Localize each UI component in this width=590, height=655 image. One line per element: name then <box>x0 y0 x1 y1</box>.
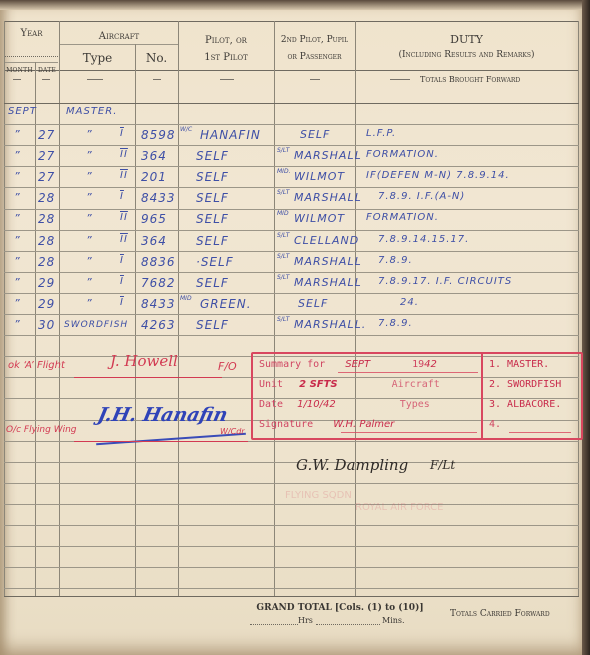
row-rule <box>4 314 579 315</box>
entry-mark: I <box>120 128 124 139</box>
officer-rank: F/Lt <box>430 458 455 472</box>
entry-aircraft-no: 8433 <box>141 297 176 311</box>
entry-pilot: SELF <box>196 191 229 205</box>
entry-mark: II <box>120 234 128 245</box>
entry-date: 28 <box>38 255 55 269</box>
row-rule <box>4 462 579 463</box>
entry-date: 27 <box>38 149 55 163</box>
entry-second-pilot: MARSHALL <box>294 191 362 204</box>
stamp-type-4-text: 4. <box>489 419 501 430</box>
entry-mark: II <box>120 212 128 223</box>
entry-month: ” <box>14 149 21 162</box>
col-divider-pilot <box>274 21 275 596</box>
entry-type: ” <box>86 170 93 183</box>
stamp-year-prefix: 19 <box>412 359 424 370</box>
monthly-summary-stamp: Summary for SEPT 1942 Unit 2 SFTS Aircra… <box>251 352 583 440</box>
stamp-date-row: Date 1/10/42 Types <box>259 399 430 410</box>
wing-signature-underline <box>74 441 248 442</box>
header-pilot-line2: 1st Pilot <box>178 51 274 64</box>
entry-pilot: SELF <box>196 276 229 290</box>
entry-pilot: SELF <box>196 318 229 332</box>
stamp-signature-underline <box>341 432 477 433</box>
row-rule <box>4 483 579 484</box>
entry-duty: 7.8.9.14.15.17. <box>378 234 469 245</box>
stamp-summary-month: SEPT <box>345 359 370 370</box>
wing-commander-signature: J.H. Hanafin <box>96 404 230 426</box>
table-top-rule <box>4 21 579 22</box>
stamp-type-2: 2. SWORDFISH <box>489 379 561 390</box>
entry-second-rank: MID. <box>277 168 290 175</box>
entry-mark: I <box>120 255 124 266</box>
entry-type: ” <box>86 149 93 162</box>
entry-pilot: HANAFIN <box>200 128 261 142</box>
entry-mark: I <box>120 276 124 287</box>
entry-aircraft-no: 4263 <box>141 318 176 332</box>
entry-aircraft-no: 7682 <box>141 276 176 290</box>
col-divider-date <box>59 21 60 596</box>
header-bottom-rule <box>4 70 579 71</box>
stamp-summary-underline <box>338 372 478 373</box>
entry-pilot: GREEN. <box>200 297 252 311</box>
entry-mark: I <box>120 191 124 202</box>
entry-second-rank: S/LT <box>277 232 289 239</box>
entry-pilot: SELF <box>196 149 229 163</box>
row-rule <box>4 567 579 568</box>
entry-duty: IF(DEFEN M-N) 7.8.9.14. <box>366 170 510 181</box>
row-rule <box>4 335 579 336</box>
header-type: Type <box>60 52 135 65</box>
dash-month <box>13 79 21 80</box>
entry-second-pilot: SELF <box>300 128 330 141</box>
header-pilot: Pilot, or <box>178 34 274 47</box>
header-aircraft: Aircraft <box>60 30 178 43</box>
entry-aircraft-no: 201 <box>141 170 167 184</box>
stamp-aircraft-label: Aircraft <box>392 379 440 390</box>
entry-date: 28 <box>38 212 55 226</box>
dash-type <box>87 79 103 80</box>
entry-second-rank: S/LT <box>277 147 289 154</box>
entry-pilot-rank: W/C <box>180 126 192 133</box>
entry-pilot-rank: MID <box>180 295 192 302</box>
entry-date: 29 <box>38 276 55 290</box>
stamp-divider <box>481 354 483 438</box>
entry-aircraft-no: 8836 <box>141 255 176 269</box>
entry-second-rank: S/LT <box>277 274 289 281</box>
row-rule <box>4 272 579 273</box>
dash-pilot <box>220 79 234 80</box>
stamp-type-4: 4. <box>489 419 501 430</box>
grand-total-label: GRAND TOTAL [Cols. (1) to (10)] <box>240 603 440 613</box>
entry-type: ” <box>86 128 93 141</box>
wing-commander-rank: W/Cdr <box>220 427 245 436</box>
entry-second-pilot: WILMOT <box>294 170 345 183</box>
col-divider-month <box>35 62 36 596</box>
stamp-type-3: 3. ALBACORE. <box>489 399 561 410</box>
entry-mark: I <box>120 297 124 308</box>
entry-month: ” <box>14 191 21 204</box>
stamp-unit-label: Unit <box>259 379 283 390</box>
row-rule <box>4 251 579 252</box>
entry-duty: 7.8.9. <box>378 318 413 329</box>
stamp-unit-value: 2 SFTS <box>299 379 338 390</box>
mins-dotted-field <box>316 624 380 625</box>
entry-aircraft-no: 364 <box>141 149 167 163</box>
dash-date <box>42 79 50 80</box>
entry-mark: II <box>120 149 128 160</box>
row-rule <box>4 546 579 547</box>
entry-month: ” <box>14 170 21 183</box>
entry-pilot: ·SELF <box>196 255 234 269</box>
header-second-pilot: 2nd Pilot, Pupil <box>274 34 355 47</box>
entry-date: 28 <box>38 234 55 248</box>
entry-aircraft-no: 8598 <box>141 128 176 142</box>
entry-date: 30 <box>38 318 55 332</box>
entry-date: 27 <box>38 170 55 184</box>
entry-type: ” <box>86 191 93 204</box>
entry-second-rank: S/LT <box>277 189 289 196</box>
page-top-edge <box>0 0 590 10</box>
row-rule <box>4 145 579 146</box>
entry-duty: 24. <box>400 297 419 308</box>
stamp-date-value: 1/10/42 <box>297 399 336 410</box>
aircraft-subheader-rule <box>60 44 178 45</box>
totals-brought-forward: Totals Brought Forward <box>420 73 580 86</box>
entry-duty: 7.8.9. <box>378 255 413 266</box>
header-year: Year <box>4 27 59 40</box>
stamp-summary-row: Summary for SEPT 1942 <box>259 359 437 370</box>
stamp-type-2-text: 2. SWORDFISH <box>489 379 561 390</box>
entry-duty: L.F.P. <box>366 128 396 139</box>
entry-second-pilot: MARSHALL <box>294 255 362 268</box>
entry-second-pilot: CLELLAND <box>294 234 359 247</box>
book-binding-edge <box>582 0 590 655</box>
entry-month: ” <box>14 276 21 289</box>
entry-duty: FORMATION. <box>366 149 439 160</box>
stamp-signature-label: Signature <box>259 419 313 430</box>
row-rule <box>4 230 579 231</box>
header-second-pilot-line2: or Passenger <box>274 51 355 64</box>
row-rule <box>4 103 579 104</box>
stamp-date-label: Date <box>259 399 283 410</box>
entry-aircraft-no: 965 <box>141 212 167 226</box>
entry-month: ” <box>14 128 21 141</box>
year-dotted-rule <box>4 56 58 57</box>
header-duty-sub: (Including Results and Remarks) <box>355 49 578 62</box>
entry-month: ” <box>14 255 21 268</box>
stamp-signature-row: Signature W.H. Palmer <box>259 419 394 430</box>
faint-stamp-line2: ROYAL AIR FORCE <box>355 502 444 513</box>
faint-stamp-line1: FLYING SQDN <box>285 490 352 501</box>
dash-duty <box>390 79 410 80</box>
left-border <box>4 21 5 596</box>
totals-carried-forward: Totals Carried Forward <box>450 609 550 619</box>
month-date-rule <box>4 62 58 63</box>
col-divider-type <box>135 44 136 596</box>
entry-type-label: MASTER. <box>66 106 117 117</box>
entry-pilot: SELF <box>196 170 229 184</box>
stamp-year-suffix: 42 <box>424 359 437 370</box>
dash-no <box>153 79 161 80</box>
entry-date: 29 <box>38 297 55 311</box>
entry-second-rank: S/LT <box>277 316 289 323</box>
entry-second-rank: S/LT <box>277 253 289 260</box>
entry-duty: 7.8.9.17. I.F. CIRCUITS <box>378 276 512 287</box>
hrs-dotted-field <box>250 624 298 625</box>
entry-month: ” <box>14 212 21 225</box>
table-bottom-rule <box>4 596 579 597</box>
row-rule <box>4 187 579 188</box>
entry-pilot: SELF <box>196 212 229 226</box>
entry-month: ” <box>14 297 21 310</box>
entry-second-pilot: WILMOT <box>294 212 345 225</box>
row-rule <box>4 166 579 167</box>
entry-month-label: SEPT <box>8 106 37 117</box>
flight-approval-label: ok ‘A’ Flight <box>8 360 65 371</box>
entry-month: ” <box>14 318 21 331</box>
row-rule <box>4 124 579 125</box>
entry-type: SWORDFISH <box>64 320 128 330</box>
entry-type: ” <box>86 297 93 310</box>
entry-second-pilot: MARSHALL <box>294 149 362 162</box>
row-rule <box>4 293 579 294</box>
stamp-summary-label: Summary for <box>259 359 325 370</box>
entry-type: ” <box>86 234 93 247</box>
header-no: No. <box>135 52 178 65</box>
mins-label: Mins. <box>382 616 405 625</box>
entry-date: 28 <box>38 191 55 205</box>
stamp-type-1-text: 1. MASTER. <box>489 359 549 370</box>
entry-type: ” <box>86 255 93 268</box>
col-divider-no <box>178 21 179 596</box>
row-rule <box>4 209 579 210</box>
dash-second <box>310 79 320 80</box>
hrs-label: Hrs <box>298 616 313 625</box>
flight-commander-rank: F/O <box>218 360 237 373</box>
entry-month: ” <box>14 234 21 247</box>
stamp-types-label: Types <box>400 399 430 410</box>
entry-second-pilot: MARSHALL <box>294 276 362 289</box>
entry-date: 27 <box>38 128 55 142</box>
flight-signature-underline <box>74 377 222 378</box>
entry-pilot: SELF <box>196 234 229 248</box>
row-rule <box>4 588 579 589</box>
stamp-type-1: 1. MASTER. <box>489 359 549 370</box>
header-date: DATE <box>35 64 59 77</box>
row-rule <box>4 504 579 505</box>
header-duty: DUTY <box>355 33 578 46</box>
entry-duty: 7.8.9. I.F.(A-N) <box>378 191 465 202</box>
entry-mark: II <box>120 170 128 181</box>
header-month: MONTH <box>4 64 35 77</box>
right-border <box>578 21 579 596</box>
stamp-signature-value: W.H. Palmer <box>333 419 394 430</box>
entry-type: ” <box>86 212 93 225</box>
entry-second-pilot: MARSHALL. <box>294 318 366 331</box>
row-rule <box>4 525 579 526</box>
entry-second-pilot: SELF <box>298 297 328 310</box>
stamp-type-3-text: 3. ALBACORE. <box>489 399 561 410</box>
entry-second-rank: MID <box>277 210 289 217</box>
flight-commander-signature: J. Howell <box>110 352 178 370</box>
entry-type: ” <box>86 276 93 289</box>
stamp-type-4-underline <box>509 432 571 433</box>
entry-duty: FORMATION. <box>366 212 439 223</box>
wing-approval-label: O/c Flying Wing <box>6 425 77 435</box>
entry-aircraft-no: 8433 <box>141 191 176 205</box>
entry-aircraft-no: 364 <box>141 234 167 248</box>
stamp-unit-row: Unit 2 SFTS Aircraft <box>259 379 440 390</box>
officer-signature: G.W. Dampling <box>296 456 408 474</box>
